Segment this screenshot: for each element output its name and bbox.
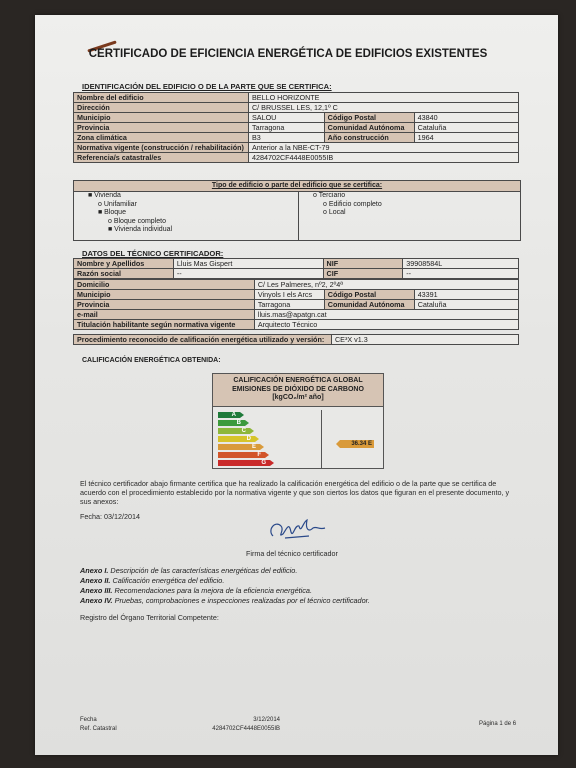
- label: Municipio: [74, 113, 249, 123]
- business-name: --: [173, 269, 323, 279]
- label: Año construcción: [324, 133, 414, 143]
- technician-address-table: DomicilioC/ Les Palmeres, nº2, 2º4ª Muni…: [73, 279, 519, 330]
- technician-address: C/ Les Palmeres, nº2, 2º4ª: [254, 280, 518, 290]
- label: Zona climática: [74, 133, 249, 143]
- building-name: BELLO HORIZONTE: [248, 93, 518, 103]
- annex-list: Anexo I. Descripción de las característi…: [80, 566, 370, 606]
- label: Código Postal: [324, 290, 414, 300]
- footer-date: 3/12/2014: [205, 716, 280, 725]
- technician-cif: --: [403, 269, 519, 279]
- footer-ref: 4284702CF4448E0055IB: [205, 725, 280, 734]
- rating-box: CALIFICACIÓN ENERGÉTICA GLOBAL EMISIONES…: [212, 373, 384, 469]
- building-type-option: ■ Vivienda: [74, 192, 298, 201]
- rating-bar-a: A: [218, 412, 240, 418]
- rating-header-unit: [kgCO₂/m² año]: [213, 394, 383, 403]
- label: Provincia: [74, 123, 249, 133]
- technician-province: Tarragona: [254, 300, 324, 310]
- technician-email: lluis.mas@apatgn.cat: [254, 310, 518, 320]
- annex-item: Anexo I. Descripción de las característi…: [80, 566, 370, 576]
- label: CIF: [323, 269, 403, 279]
- label: NIF: [323, 259, 403, 269]
- building-postal-code: 43840: [414, 113, 518, 123]
- building-municipality: SALOU: [248, 113, 324, 123]
- rating-bar-c: C: [218, 428, 250, 434]
- technician-table: Nombre y ApellidosLluis Mas GispertNIF39…: [73, 258, 519, 279]
- annex-item: Anexo II. Calificación energética del ed…: [80, 576, 370, 586]
- technician-name: Lluis Mas Gispert: [173, 259, 323, 269]
- rating-bar-e: E: [218, 444, 260, 450]
- rating-bar-g: G: [218, 460, 270, 466]
- technician-qualification: Arquitecto Técnico: [254, 320, 518, 330]
- building-type-option: o Unifamiliar: [74, 201, 298, 210]
- building-address: C/ BRUSSEL LES, 12,1º C: [248, 103, 518, 113]
- building-type-option: o Edificio completo: [299, 201, 520, 210]
- annex-item: Anexo III. Recomendaciones para la mejor…: [80, 586, 370, 596]
- technician-section-title: DATOS DEL TÉCNICO CERTIFICADOR:: [82, 249, 223, 258]
- building-type-header: Tipo de edificio o parte del edificio qu…: [74, 181, 520, 192]
- certification-paragraph: El técnico certificador abajo firmante c…: [80, 479, 520, 507]
- rating-header-line2: EMISIONES DE DIÓXIDO DE CARBONO: [213, 386, 383, 395]
- label: Nombre del edificio: [74, 93, 249, 103]
- footer-values: 3/12/2014 4284702CF4448E0055IB: [205, 716, 280, 734]
- rating-section-title: CALIFICACIÓN ENERGÉTICA OBTENIDA:: [82, 357, 221, 364]
- signature-label: Firma del técnico certificador: [246, 549, 338, 558]
- rating-header-line1: CALIFICACIÓN ENERGÉTICA GLOBAL: [213, 377, 383, 386]
- building-type-option: o Bloque completo: [74, 218, 298, 227]
- technician-postal-code: 43391: [414, 290, 518, 300]
- footer-labels: Fecha Ref. Catastral: [80, 716, 117, 734]
- building-type-option: o Terciario: [299, 192, 520, 201]
- building-province: Tarragona: [248, 123, 324, 133]
- technician-municipality: Vinyols I els Arcs: [254, 290, 324, 300]
- rating-bar-f: F: [218, 452, 265, 458]
- page-number: Página 1 de 6: [479, 721, 516, 727]
- rating-bar-d: D: [218, 436, 255, 442]
- climate-zone: B3: [248, 133, 324, 143]
- label: Dirección: [74, 103, 249, 113]
- technician-region: Cataluña: [414, 300, 518, 310]
- label: Domicilio: [74, 280, 255, 290]
- label: e-mail: [74, 310, 255, 320]
- building-type-option: o Local: [299, 209, 520, 218]
- label: Comunidad Autónoma: [324, 300, 414, 310]
- building-region: Cataluña: [414, 123, 518, 133]
- technician-nif: 39908584L: [403, 259, 519, 269]
- label: Nombre y Apellidos: [74, 259, 174, 269]
- building-type-option: ■ Vivienda individual: [74, 226, 298, 235]
- procedure-version: CE³X v1.3: [331, 335, 518, 345]
- procedure-table: Procedimiento reconocido de calificación…: [73, 334, 519, 345]
- building-type-right: o Terciarioo Edificio completoo Local: [299, 192, 520, 240]
- cadastral-reference: 4284702CF4448E0055IB: [248, 153, 518, 163]
- document-title: CERTIFICADO DE EFICIENCIA ENERGÉTICA DE …: [0, 48, 576, 60]
- building-section-title: IDENTIFICACIÓN DEL EDIFICIO O DE LA PART…: [82, 82, 332, 91]
- building-type-box: Tipo de edificio o parte del edificio qu…: [73, 180, 521, 241]
- rating-bar-b: B: [218, 420, 245, 426]
- building-type-left: ■ Viviendao Unifamiliar■ Bloqueo Bloque …: [74, 192, 299, 240]
- label: Normativa vigente (construcción / rehabi…: [74, 143, 249, 153]
- label: Razón social: [74, 269, 174, 279]
- label: Comunidad Autónoma: [324, 123, 414, 133]
- label: Referencia/s catastral/es: [74, 153, 249, 163]
- building-type-option: ■ Bloque: [74, 209, 298, 218]
- construction-year: 1964: [414, 133, 518, 143]
- signature: [265, 516, 335, 544]
- footer-ref-label: Ref. Catastral: [80, 725, 117, 734]
- registry-label: Registro del Órgano Territorial Competen…: [80, 613, 219, 622]
- label: Provincia: [74, 300, 255, 310]
- rating-divider: [321, 410, 322, 468]
- rating-value-arrow: 36.34 E: [340, 440, 374, 448]
- regulation: Anterior a la NBE-CT-79: [248, 143, 518, 153]
- certification-date: Fecha: 03/12/2014: [80, 512, 140, 521]
- label: Municipio: [74, 290, 255, 300]
- label: Código Postal: [324, 113, 414, 123]
- label: Procedimiento reconocido de calificación…: [74, 335, 332, 345]
- rating-header: CALIFICACIÓN ENERGÉTICA GLOBAL EMISIONES…: [213, 374, 383, 407]
- building-table: Nombre del edificioBELLO HORIZONTE Direc…: [73, 92, 519, 163]
- label: Titulación habilitante según normativa v…: [74, 320, 255, 330]
- footer-date-label: Fecha: [80, 716, 117, 725]
- annex-item: Anexo IV. Pruebas, comprobaciones e insp…: [80, 596, 370, 606]
